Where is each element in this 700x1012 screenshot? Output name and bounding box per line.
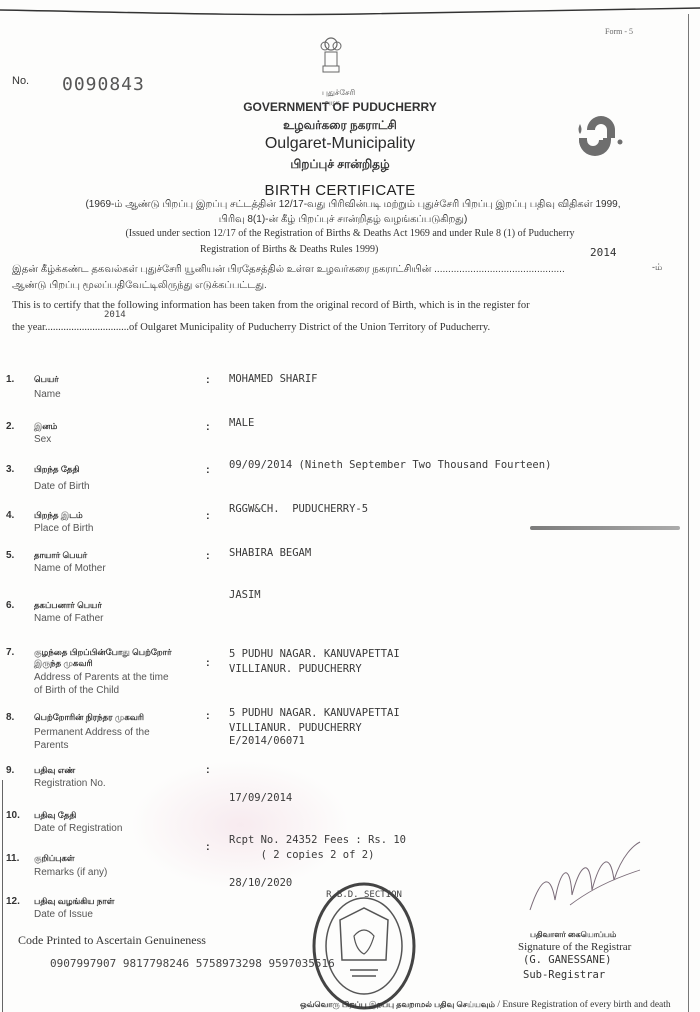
field-number: 4. (6, 510, 14, 521)
field-value-registration-no: E/2014/06071 (229, 734, 305, 749)
field-label-tamil: தகப்பனார் பெயர் (34, 600, 102, 612)
field-colon: : (206, 764, 210, 776)
registrar-role: Sub-Registrar (523, 969, 605, 981)
registrar-signature-label-tamil: பதிவாளர் கையொப்பம் (530, 930, 616, 940)
field-value-date-of-birth: 09/09/2014 (Nineth September Two Thousan… (229, 458, 551, 473)
field-colon: : (206, 550, 210, 562)
field-label-english: Name of Father (34, 612, 103, 625)
register-year-inline: 2014 (104, 310, 126, 320)
form-number: Form - 5 (605, 27, 633, 36)
field-label-tamil: குறிப்புகள் (34, 853, 75, 865)
field-label-english: Date of Issue (34, 908, 93, 921)
field-value-mother-name: SHABIRA BEGAM (229, 546, 311, 561)
footer-notice-tamil: ஒவ்வொரு பிறப்பு இறப்பு தவறாமல் பதிவு செய… (300, 1000, 495, 1009)
register-year-top: 2014 (590, 246, 617, 259)
registrar-name: (G. GANESSANE) (523, 954, 612, 966)
field-label-english: Address of Parents at the time of Birth … (34, 671, 174, 697)
municipality-logo-icon (573, 104, 629, 162)
field-value-date-of-issue: 28/10/2020 (229, 876, 292, 891)
field-value-father-name: JASIM (229, 588, 261, 603)
field-label-tamil: பெற்றோரின் நிரந்தர முகவரி (34, 712, 144, 724)
field-value-remarks: Rcpt No. 24352 Fees : Rs. 10 ( 2 copies … (229, 833, 406, 863)
field-number: 5. (6, 550, 14, 561)
english-legal-line-1: (Issued under section 12/17 of the Regis… (10, 228, 690, 239)
field-value-address-at-birth: 5 PUDHU NAGAR. KANUVAPETTAI VILLIANUR. P… (229, 647, 400, 677)
field-label-tamil: தாயார் பெயர் (34, 550, 87, 562)
english-intro-line-2: the year................................… (12, 322, 490, 333)
tamil-intro-line-2: ஆண்டு பிறப்பு மூலப்பதிவேட்டிலிருந்து எடு… (12, 280, 267, 292)
municipality-heading: Oulgaret-Municipality (150, 135, 530, 153)
official-seal-icon: R.B.D. SECTION (310, 880, 418, 1012)
english-intro-line-1: This is to certify that the following in… (12, 300, 530, 311)
document-border-left (2, 780, 3, 1012)
certificate-no-value: 0090843 (62, 74, 145, 95)
birth-certificate-document: Form - 5 No. 0090843 புதுச்சேரி அரசு GOV… (0, 0, 700, 1012)
field-number: 7. (6, 647, 14, 658)
english-legal-line-2: Registration of Births & Deaths Rules 19… (200, 244, 378, 255)
tamil-legal-line-2: பிரிவு 8(1)-ன் கீழ் பிறப்புச் சான்றிதழ் … (8, 214, 678, 226)
field-number: 1. (6, 374, 14, 385)
field-colon: : (206, 374, 210, 386)
field-label-english: Name of Mother (34, 562, 106, 575)
field-label-tamil: பிறந்த தேதி (34, 464, 79, 476)
tamil-legal-line-1: (1969-ம் ஆண்டு பிறப்பு இறப்பு சட்டத்தின்… (8, 199, 698, 211)
genuineness-code: 0907997907 9817798246 5758973298 9597035… (50, 957, 335, 970)
field-colon: : (206, 421, 210, 433)
field-value-permanent-address: 5 PUDHU NAGAR. KANUVAPETTAI VILLIANUR. P… (229, 706, 400, 736)
field-label-english: Name (34, 388, 61, 401)
field-label-english: Date of Registration (34, 822, 122, 835)
tamil-intro-line-1: இதன் கீழ்க்கண்ட தகவல்கள் புதுச்சேரி யூனி… (12, 264, 682, 276)
field-label-english: Sex (34, 433, 51, 446)
footer-notice: ஒவ்வொரு பிறப்பு இறப்பு தவறாமல் பதிவு செய… (300, 1000, 671, 1010)
genuineness-label: Code Printed to Ascertain Genuineness (18, 933, 206, 948)
field-colon: : (206, 657, 210, 669)
field-number: 3. (6, 464, 14, 475)
field-number: 10. (6, 810, 20, 821)
field-value-sex: MALE (229, 416, 254, 431)
tamil-certificate-heading: பிறப்புச் சான்றிதழ் (150, 157, 530, 173)
field-number: 6. (6, 600, 14, 611)
field-colon: : (206, 464, 210, 476)
paper-smudge (130, 760, 350, 890)
field-value-place-of-birth: RGGW&CH. PUDUCHERRY-5 (229, 502, 368, 517)
footer-notice-english: / Ensure Registration of every birth and… (495, 1000, 671, 1010)
field-label-english: Remarks (if any) (34, 866, 107, 879)
field-label-tamil: பெயர் (34, 374, 59, 386)
paper-top-edge (0, 0, 700, 40)
field-number: 12. (6, 896, 20, 907)
registrar-signature-label: Signature of the Registrar (518, 941, 631, 953)
field-label-tamil: பதிவு தேதி (34, 810, 76, 822)
field-number: 9. (6, 765, 14, 776)
field-label-tamil: பதிவு எண் (34, 765, 75, 777)
field-label-tamil: குழந்தை பிறப்பின்போது பெற்றோர் இருந்த மு… (34, 647, 174, 669)
field-number: 2. (6, 421, 14, 432)
certificate-no-label: No. (12, 75, 29, 87)
field-label-tamil: பிறந்த இடம் (34, 510, 83, 522)
field-value-name: MOHAMED SHARIF (229, 372, 318, 387)
national-emblem-icon (316, 36, 346, 78)
ink-mark (530, 526, 680, 530)
field-label-english: Registration No. (34, 777, 106, 790)
svg-text:R.B.D. SECTION: R.B.D. SECTION (326, 890, 402, 900)
field-colon: : (206, 841, 210, 853)
field-label-english: Date of Birth (34, 480, 90, 493)
field-label-english: Permanent Address of the Parents (34, 726, 184, 752)
tamil-intro-suffix: -ம் (652, 262, 662, 274)
field-label-tamil: இனம் (34, 421, 57, 433)
certificate-title: BIRTH CERTIFICATE (150, 182, 530, 199)
field-number: 8. (6, 712, 14, 723)
field-value-date-of-registration: 17/09/2014 (229, 791, 292, 806)
field-colon: : (206, 510, 210, 522)
registrar-signature (510, 830, 660, 930)
government-heading: GOVERNMENT OF PUDUCHERRY (150, 100, 530, 114)
field-label-english: Place of Birth (34, 522, 93, 535)
field-number: 11. (6, 853, 19, 864)
field-colon: : (206, 710, 210, 722)
document-border-right (688, 14, 689, 1012)
tamil-municipality-heading: உழவர்கரை நகராட்சி (150, 118, 530, 134)
field-label-tamil: பதிவு வழங்கிய நாள் (34, 896, 114, 908)
